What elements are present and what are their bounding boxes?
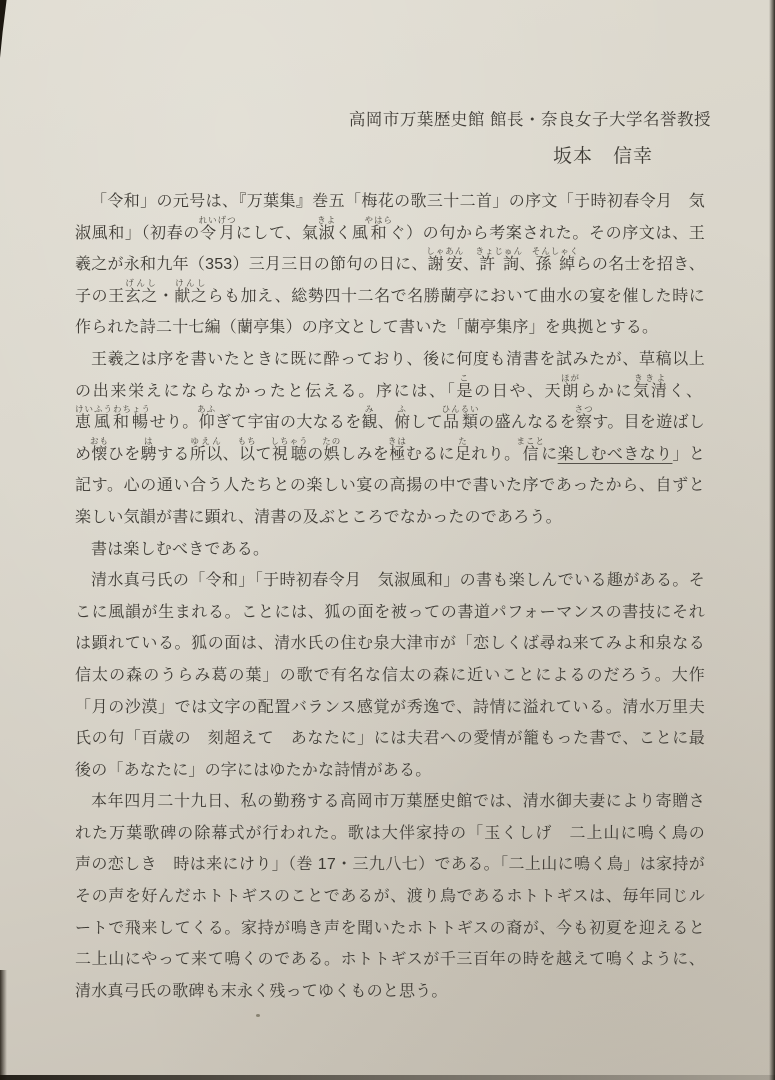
text-run: の日や、天: [474, 383, 562, 400]
furigana: まこと: [517, 436, 546, 446]
furigana: あふ: [197, 404, 216, 414]
furigana: きょじゅん: [475, 246, 523, 256]
paragraph: 書は楽しむべきである。: [75, 534, 705, 566]
furigana: ききよ: [633, 373, 667, 383]
ruby-annotated-text: 謝安しゃあん: [428, 256, 463, 273]
ruby-annotated-text: 視聴しちゃう: [272, 446, 307, 463]
text-run: ひを: [108, 446, 141, 463]
document-paper: 高岡市万葉歴史館 館長・奈良女子大学名誉教授 坂本 信幸 「令和」の元号は、『万…: [0, 0, 775, 1080]
paragraph: 王羲之は序を書いたときに既に酔っており、後に何度も清書を試みたが、草稿以上の出来…: [75, 344, 705, 534]
ruby-annotated-text: 是こ: [456, 383, 474, 400]
text-run: の盛んなるを: [478, 414, 576, 431]
furigana: やはら: [364, 215, 393, 225]
paper-speck: [256, 1014, 260, 1017]
ruby-annotated-text: 和やはら: [368, 225, 389, 242]
ruby-annotated-text: 俯ふ: [394, 414, 410, 431]
photo-edge-right: [769, 0, 775, 1080]
furigana: み: [361, 404, 377, 414]
paragraph: 清水真弓氏の「令和」「于時初春令月 気淑風和」の書も楽しんでいる趣がある。そこに…: [75, 565, 705, 786]
furigana: きよ: [317, 215, 336, 225]
text-run: ・: [158, 288, 175, 305]
underlined-text: 楽しむべきなり: [558, 446, 673, 463]
furigana: は: [141, 436, 157, 446]
photo-edge-bottom-left: [0, 970, 7, 1080]
text-run: せり。: [150, 414, 199, 431]
paragraph: 「令和」の元号は、『万葉集』巻五「梅花の歌三十二首」の序文「于時初春令月 気淑風…: [75, 186, 705, 344]
text-run: 、: [378, 414, 394, 431]
ruby-annotated-text: 以もち: [239, 446, 255, 463]
furigana: おも: [90, 436, 109, 446]
ruby-annotated-text: 恵風和暢けいふうわちょう: [75, 414, 150, 431]
furigana: こ: [456, 373, 472, 383]
ruby-annotated-text: 信まこと: [521, 446, 542, 463]
text-run: 本年四月二十九日、私の勤務する高岡市万葉歴史館では、清水御夫妻により寄贈された万…: [75, 793, 721, 1000]
ruby-annotated-text: 騁は: [141, 446, 157, 463]
furigana: しちゃう: [270, 436, 308, 446]
ruby-annotated-text: 孫綽そんしゃく: [536, 256, 576, 273]
text-run: く、: [669, 383, 703, 400]
ruby-annotated-text: 淑きよ: [319, 225, 335, 242]
text-run: むるに: [406, 446, 455, 463]
ruby-annotated-text: 許詢きょじゅん: [479, 256, 519, 273]
ruby-annotated-text: 玄之げんし: [125, 288, 158, 305]
ruby-annotated-text: 足た: [455, 446, 471, 463]
ruby-annotated-text: 気清ききよ: [633, 383, 668, 400]
author-name: 坂本 信幸: [349, 141, 711, 168]
furigana: ふ: [394, 404, 410, 414]
document-header: 高岡市万葉歴史館 館長・奈良女子大学名誉教授 坂本 信幸: [349, 106, 711, 168]
ruby-annotated-text: 娯たの: [324, 446, 340, 463]
ruby-annotated-text: 懐おも: [91, 446, 107, 463]
text-run: にして、氣: [235, 225, 318, 242]
ruby-annotated-text: 察さつ: [576, 414, 592, 431]
text-run: らかに: [579, 383, 634, 400]
ruby-annotated-text: 令月れいげつ: [200, 225, 235, 242]
text-run: ぎて宇宙の大なるを: [215, 414, 362, 431]
text-run: する: [157, 446, 190, 463]
photo-edge-bottom: [0, 1075, 775, 1080]
paragraph: 本年四月二十九日、私の勤務する高岡市万葉歴史館では、清水御夫妻により寄贈された万…: [75, 786, 705, 1007]
text-run: 、: [223, 446, 239, 463]
ruby-annotated-text: 観み: [361, 414, 377, 431]
ruby-annotated-text: 仰あふ: [199, 414, 215, 431]
furigana: ほが: [561, 373, 580, 383]
ruby-annotated-text: 朗ほが: [562, 383, 578, 400]
ruby-annotated-text: 所以ゆえん: [190, 446, 223, 463]
furigana: そんしゃく: [532, 246, 580, 256]
text-run: 清水真弓氏の「令和」「于時初春令月 気淑風和」の書も楽しんでいる趣がある。そこに…: [75, 572, 705, 779]
text-run: れり。: [471, 446, 520, 463]
furigana: ゆえん: [190, 436, 223, 446]
document-paragraphs: 「令和」の元号は、『万葉集』巻五「梅花の歌三十二首」の序文「于時初春令月 気淑風…: [75, 186, 705, 1007]
furigana: たの: [322, 436, 341, 446]
furigana: さつ: [575, 404, 594, 414]
furigana: けいふうわちょう: [75, 404, 151, 414]
furigana: た: [455, 436, 471, 446]
furigana: げんし: [125, 278, 158, 288]
ruby-annotated-text: 献之けんし: [174, 288, 207, 305]
furigana: ひんるい: [442, 404, 480, 414]
furigana: もち: [238, 436, 257, 446]
furigana: けんし: [174, 278, 207, 288]
text-run: しみを: [340, 446, 389, 463]
author-affiliation: 高岡市万葉歴史館 館長・奈良女子大学名誉教授: [349, 106, 711, 130]
text-run: して: [410, 414, 443, 431]
ruby-annotated-text: 品類ひんるい: [443, 414, 478, 431]
text-run: に: [541, 446, 558, 463]
furigana: れいげつ: [199, 215, 237, 225]
furigana: しゃあん: [426, 246, 464, 256]
furigana: きは: [388, 436, 407, 446]
ruby-annotated-text: 極きは: [389, 446, 405, 463]
text-run: 書は楽しむべきである。: [91, 541, 269, 558]
